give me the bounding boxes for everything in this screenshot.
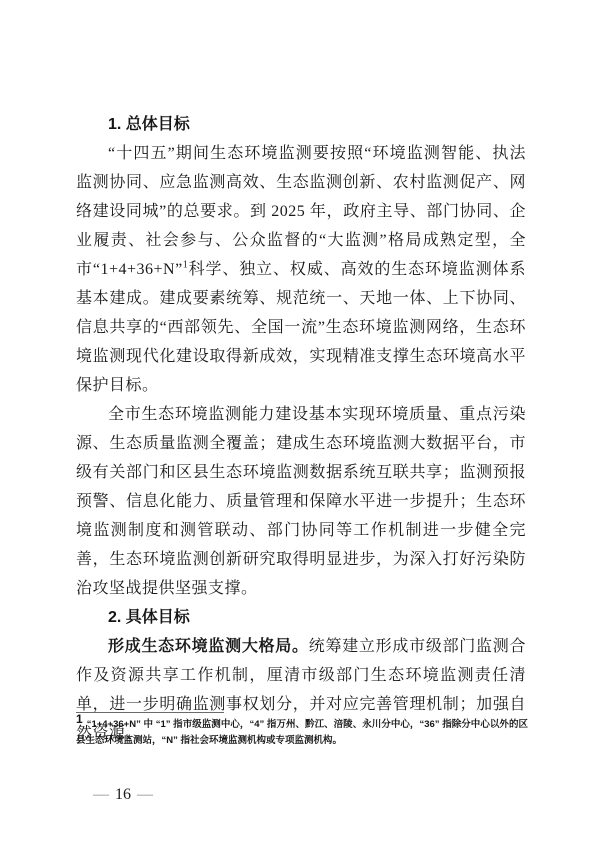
footnote-marker: 1 <box>76 712 83 726</box>
paragraph-text: “十四五”期间生态环境监测要按照“环境监测智能、执法监测协同、应急监测高效、生态… <box>76 145 526 278</box>
document-body: 1. 总体目标 “十四五”期间生态环境监测要按照“环境监测智能、执法监测协同、应… <box>76 110 526 748</box>
paragraph-lead-bold: 形成生态环境监测大格局。 <box>108 638 309 655</box>
page-number-dash-right: — <box>137 786 153 803</box>
paragraph-text: 科学、独立、权威、高效的生态环境监测体系基本建成。建成要素统筹、规范统一、天地一… <box>76 261 526 394</box>
page-number-value: 16 <box>109 786 137 803</box>
footnote-section: 1“1+4+36+N” 中 “1” 指市级监测中心，“4” 指万州、黔江、涪陵、… <box>76 712 528 749</box>
footnote-divider <box>76 712 224 713</box>
section-2-heading: 2. 具体目标 <box>76 603 526 632</box>
page-number: —16— <box>93 785 153 805</box>
page-number-dash-left: — <box>93 786 109 803</box>
section-1-paragraph-2: 全市生态环境监测能力建设基本实现环境质量、重点污染源、生态质量监测全覆盖；建成生… <box>76 400 526 603</box>
section-1-paragraph-1: “十四五”期间生态环境监测要按照“环境监测智能、执法监测协同、应急监测高效、生态… <box>76 139 526 400</box>
section-1-heading: 1. 总体目标 <box>76 110 526 139</box>
footnote-text: “1+4+36+N” 中 “1” 指市级监测中心，“4” 指万州、黔江、涪陵、永… <box>76 719 528 746</box>
footnote: 1“1+4+36+N” 中 “1” 指市级监测中心，“4” 指万州、黔江、涪陵、… <box>76 717 528 749</box>
document-page: 1. 总体目标 “十四五”期间生态环境监测要按照“环境监测智能、执法监测协同、应… <box>0 0 600 848</box>
